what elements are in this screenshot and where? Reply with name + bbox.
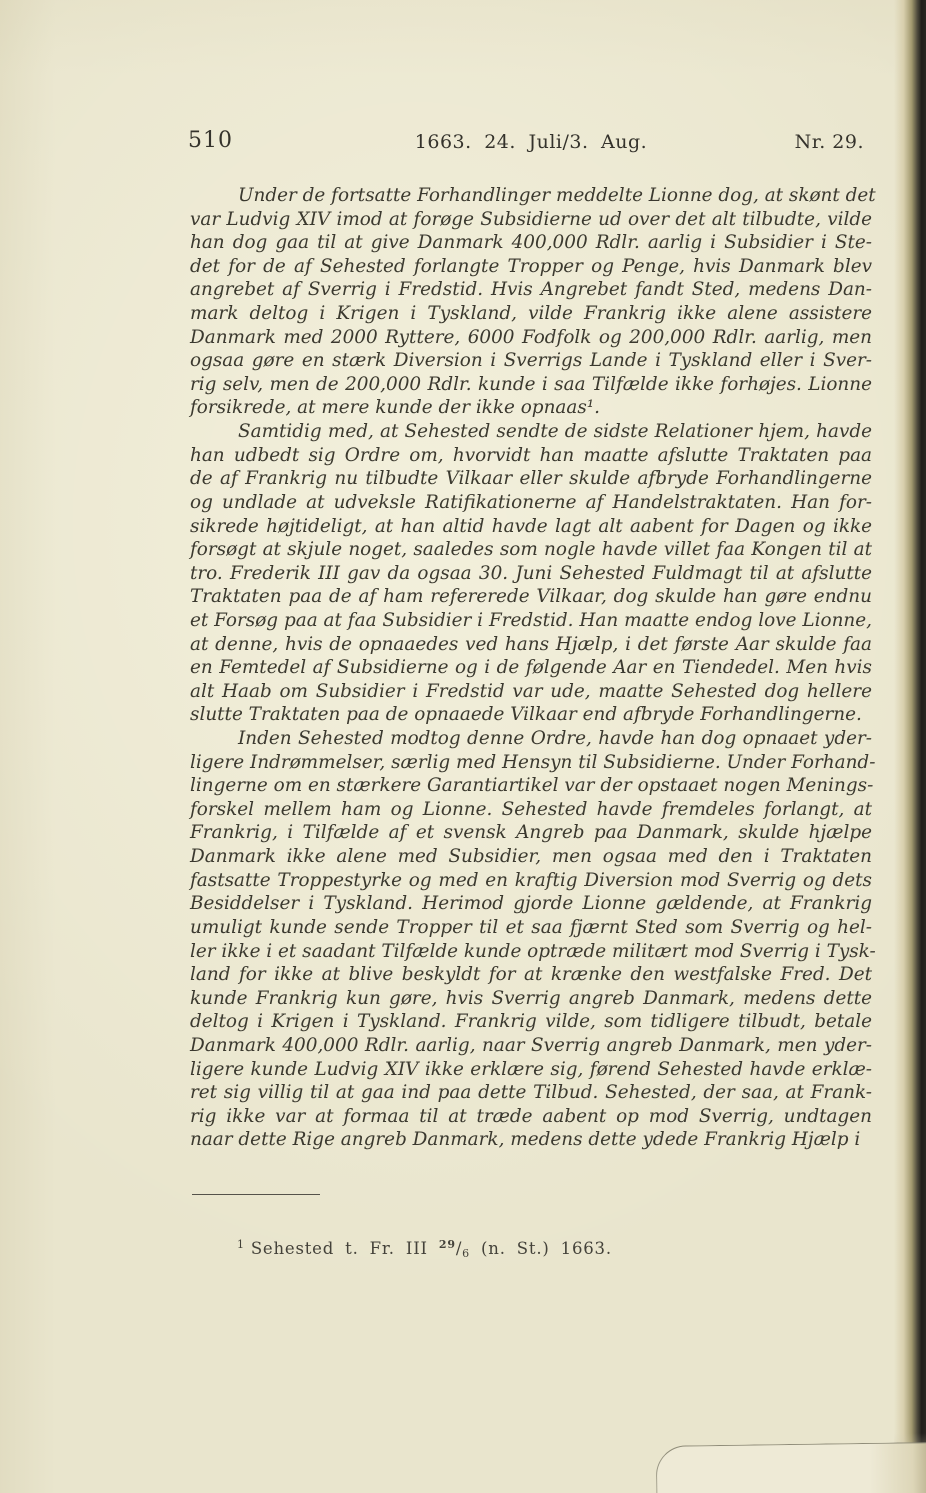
text-line: angrebet af Sverrig i Fredstid. Hvis Ang… — [190, 278, 872, 302]
text-line: Frankrig, i Tilfælde af et svensk Angreb… — [190, 821, 872, 845]
text-line: ler ikke i et saadant Tilfælde kunde opt… — [190, 940, 872, 964]
underlying-page-corner — [656, 1442, 926, 1493]
paragraph: Samtidig med, at Sehested sendte de sids… — [190, 420, 872, 727]
text-line: forsikrede, at mere kunde der ikke opnaa… — [190, 396, 872, 420]
footnote-ref: Sehested t. Fr. III — [251, 1239, 428, 1258]
text-line: fastsatte Troppestyrke og med en kraftig… — [190, 869, 872, 893]
text-line: var Ludvig XIV imod at forøge Subsidiern… — [190, 208, 872, 232]
body-text: Under de fortsatte Forhandlinger meddelt… — [190, 184, 872, 1152]
text-line: ligere Indrømmelser, særlig med Hensyn t… — [190, 751, 872, 775]
text-line: deltog i Krigen i Tyskland. Frankrig vil… — [190, 1010, 872, 1034]
paragraph: Under de fortsatte Forhandlinger meddelt… — [190, 184, 872, 420]
text-line: Under de fortsatte Forhandlinger meddelt… — [190, 184, 872, 208]
text-line: Traktaten paa de af ham refererede Vilka… — [190, 585, 872, 609]
text-line: kunde Frankrig kun gøre, hvis Sverrig an… — [190, 987, 872, 1011]
text-line: at denne, hvis de opnaaedes ved hans Hjæ… — [190, 633, 872, 657]
text-line: Danmark med 2000 Ryttere, 6000 Fodfolk o… — [190, 326, 872, 350]
text-line: umuligt kunde sende Tropper til et saa f… — [190, 916, 872, 940]
footnote-rule — [192, 1194, 320, 1195]
text-line: en Femtedel af Subsidierne og i de følge… — [190, 656, 872, 680]
text-line: han dog gaa til at give Danmark 400,000 … — [190, 231, 872, 255]
footnote-marker: 1 — [237, 1238, 245, 1251]
header-date: 1663. 24. Juli/3. Aug. — [190, 131, 872, 153]
text-line: slutte Traktaten paa de opnaaede Vilkaar… — [190, 703, 872, 727]
text-line: tro. Frederik III gav da ogsaa 30. Juni … — [190, 562, 872, 586]
text-line: sikrede højtideligt, at han altid havde … — [190, 515, 872, 539]
text-line: det for de af Sehested forlangte Tropper… — [190, 255, 872, 279]
text-line: Inden Sehested modtog denne Ordre, havde… — [190, 727, 872, 751]
text-line: Besiddelser i Tyskland. Herimod gjorde L… — [190, 892, 872, 916]
footnote-tail: (n. St.) 1663. — [481, 1239, 612, 1258]
text-line: Samtidig med, at Sehested sendte de sids… — [190, 420, 872, 444]
text-line: naar dette Rige angreb Danmark, medens d… — [190, 1128, 872, 1152]
header-number: Nr. 29. — [795, 131, 864, 153]
text-line: et Forsøg paa at faa Subsidier i Fredsti… — [190, 609, 872, 633]
book-edge-shadow — [894, 0, 926, 1493]
text-line: land for ikke at blive beskyldt for at k… — [190, 963, 872, 987]
text-line: de af Frankrig nu tilbudte Vilkaar eller… — [190, 467, 872, 491]
text-line: alt Haab om Subsidier i Fredstid var ude… — [190, 680, 872, 704]
footnote-fraction-denominator: 6 — [462, 1247, 470, 1260]
page: 510 1663. 24. Juli/3. Aug. Nr. 29. Under… — [0, 0, 926, 1493]
text-line: rig selv, men de 200,000 Rdlr. kunde i s… — [190, 373, 872, 397]
footnote: 1Sehested t. Fr. III 29/6 (n. St.) 1663. — [237, 1238, 837, 1260]
text-line: Danmark ikke alene med Subsidier, men og… — [190, 845, 872, 869]
text-line: rig ikke var at formaa til at træde aabe… — [190, 1105, 872, 1129]
text-line: lingerne om en stærkere Garantiartikel v… — [190, 774, 872, 798]
text-line: Danmark 400,000 Rdlr. aarlig, naar Sverr… — [190, 1034, 872, 1058]
text-line: forskel mellem ham og Lionne. Sehested h… — [190, 798, 872, 822]
paragraph: Inden Sehested modtog denne Ordre, havde… — [190, 727, 872, 1152]
text-line: ogsaa gøre en stærk Diversion i Sverrigs… — [190, 349, 872, 373]
text-line: mark deltog i Krigen i Tyskland, vilde F… — [190, 302, 872, 326]
footnote-fraction-numerator: 29 — [439, 1238, 456, 1251]
text-line: han udbedt sig Ordre om, hvorvidt han ma… — [190, 444, 872, 468]
text-line: ret sig villig til at gaa ind paa dette … — [190, 1081, 872, 1105]
text-line: og undlade at udveksle Ratifikationerne … — [190, 491, 872, 515]
text-line: ligere kunde Ludvig XIV ikke erklære sig… — [190, 1058, 872, 1082]
text-line: forsøgt at skjule noget, saaledes som no… — [190, 538, 872, 562]
